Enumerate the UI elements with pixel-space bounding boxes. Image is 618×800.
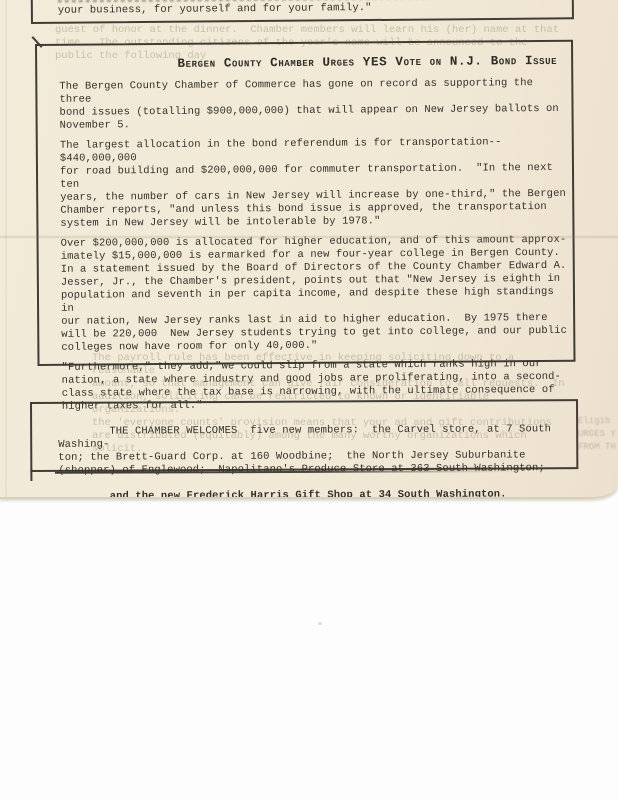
chamber-welcomes-box: THE CHAMBER WELCOMES five new members: t… bbox=[30, 399, 578, 472]
paper-left-edge-shade bbox=[5, 0, 7, 497]
welcome-text: THE CHAMBER WELCOMES five new members: t… bbox=[58, 410, 569, 499]
article-paragraph: The Bergen County Chamber of Commerce ha… bbox=[59, 77, 565, 133]
top-article-box-fragment: your business, for yourself and for your… bbox=[30, 0, 574, 24]
corner-pen-mark bbox=[32, 36, 43, 48]
bleedthrough-margin-fragment: Eligib bbox=[578, 415, 616, 428]
scanned-newsletter-page: your business, for yourself and for your… bbox=[0, 0, 618, 800]
welcome-body: THE CHAMBER WELCOMES five new members: t… bbox=[58, 423, 557, 477]
welcome-last-line: and the new Frederick Harris Gift Shop a… bbox=[110, 489, 507, 499]
article-title: Bergen County Chamber Urges YES Vote on … bbox=[37, 54, 557, 72]
bleedthrough-margin-fragment: FROM TH bbox=[578, 441, 616, 454]
corner-pen-mark bbox=[30, 469, 32, 481]
bleedthrough-margin-fragment: URGES YOU bbox=[578, 428, 616, 441]
article-paragraph: The largest allocation in the bond refer… bbox=[60, 136, 567, 231]
paper-sheet: your business, for yourself and for your… bbox=[0, 0, 618, 499]
top-fragment-text: your business, for yourself and for your… bbox=[58, 0, 558, 17]
bond-issue-article-box: Bergen County Chamber Urges YES Vote on … bbox=[35, 40, 576, 366]
scan-dust-speck bbox=[318, 622, 322, 625]
article-paragraph: Over $200,000,000 is allocated for highe… bbox=[61, 234, 568, 355]
paper-crease-line bbox=[0, 236, 618, 238]
